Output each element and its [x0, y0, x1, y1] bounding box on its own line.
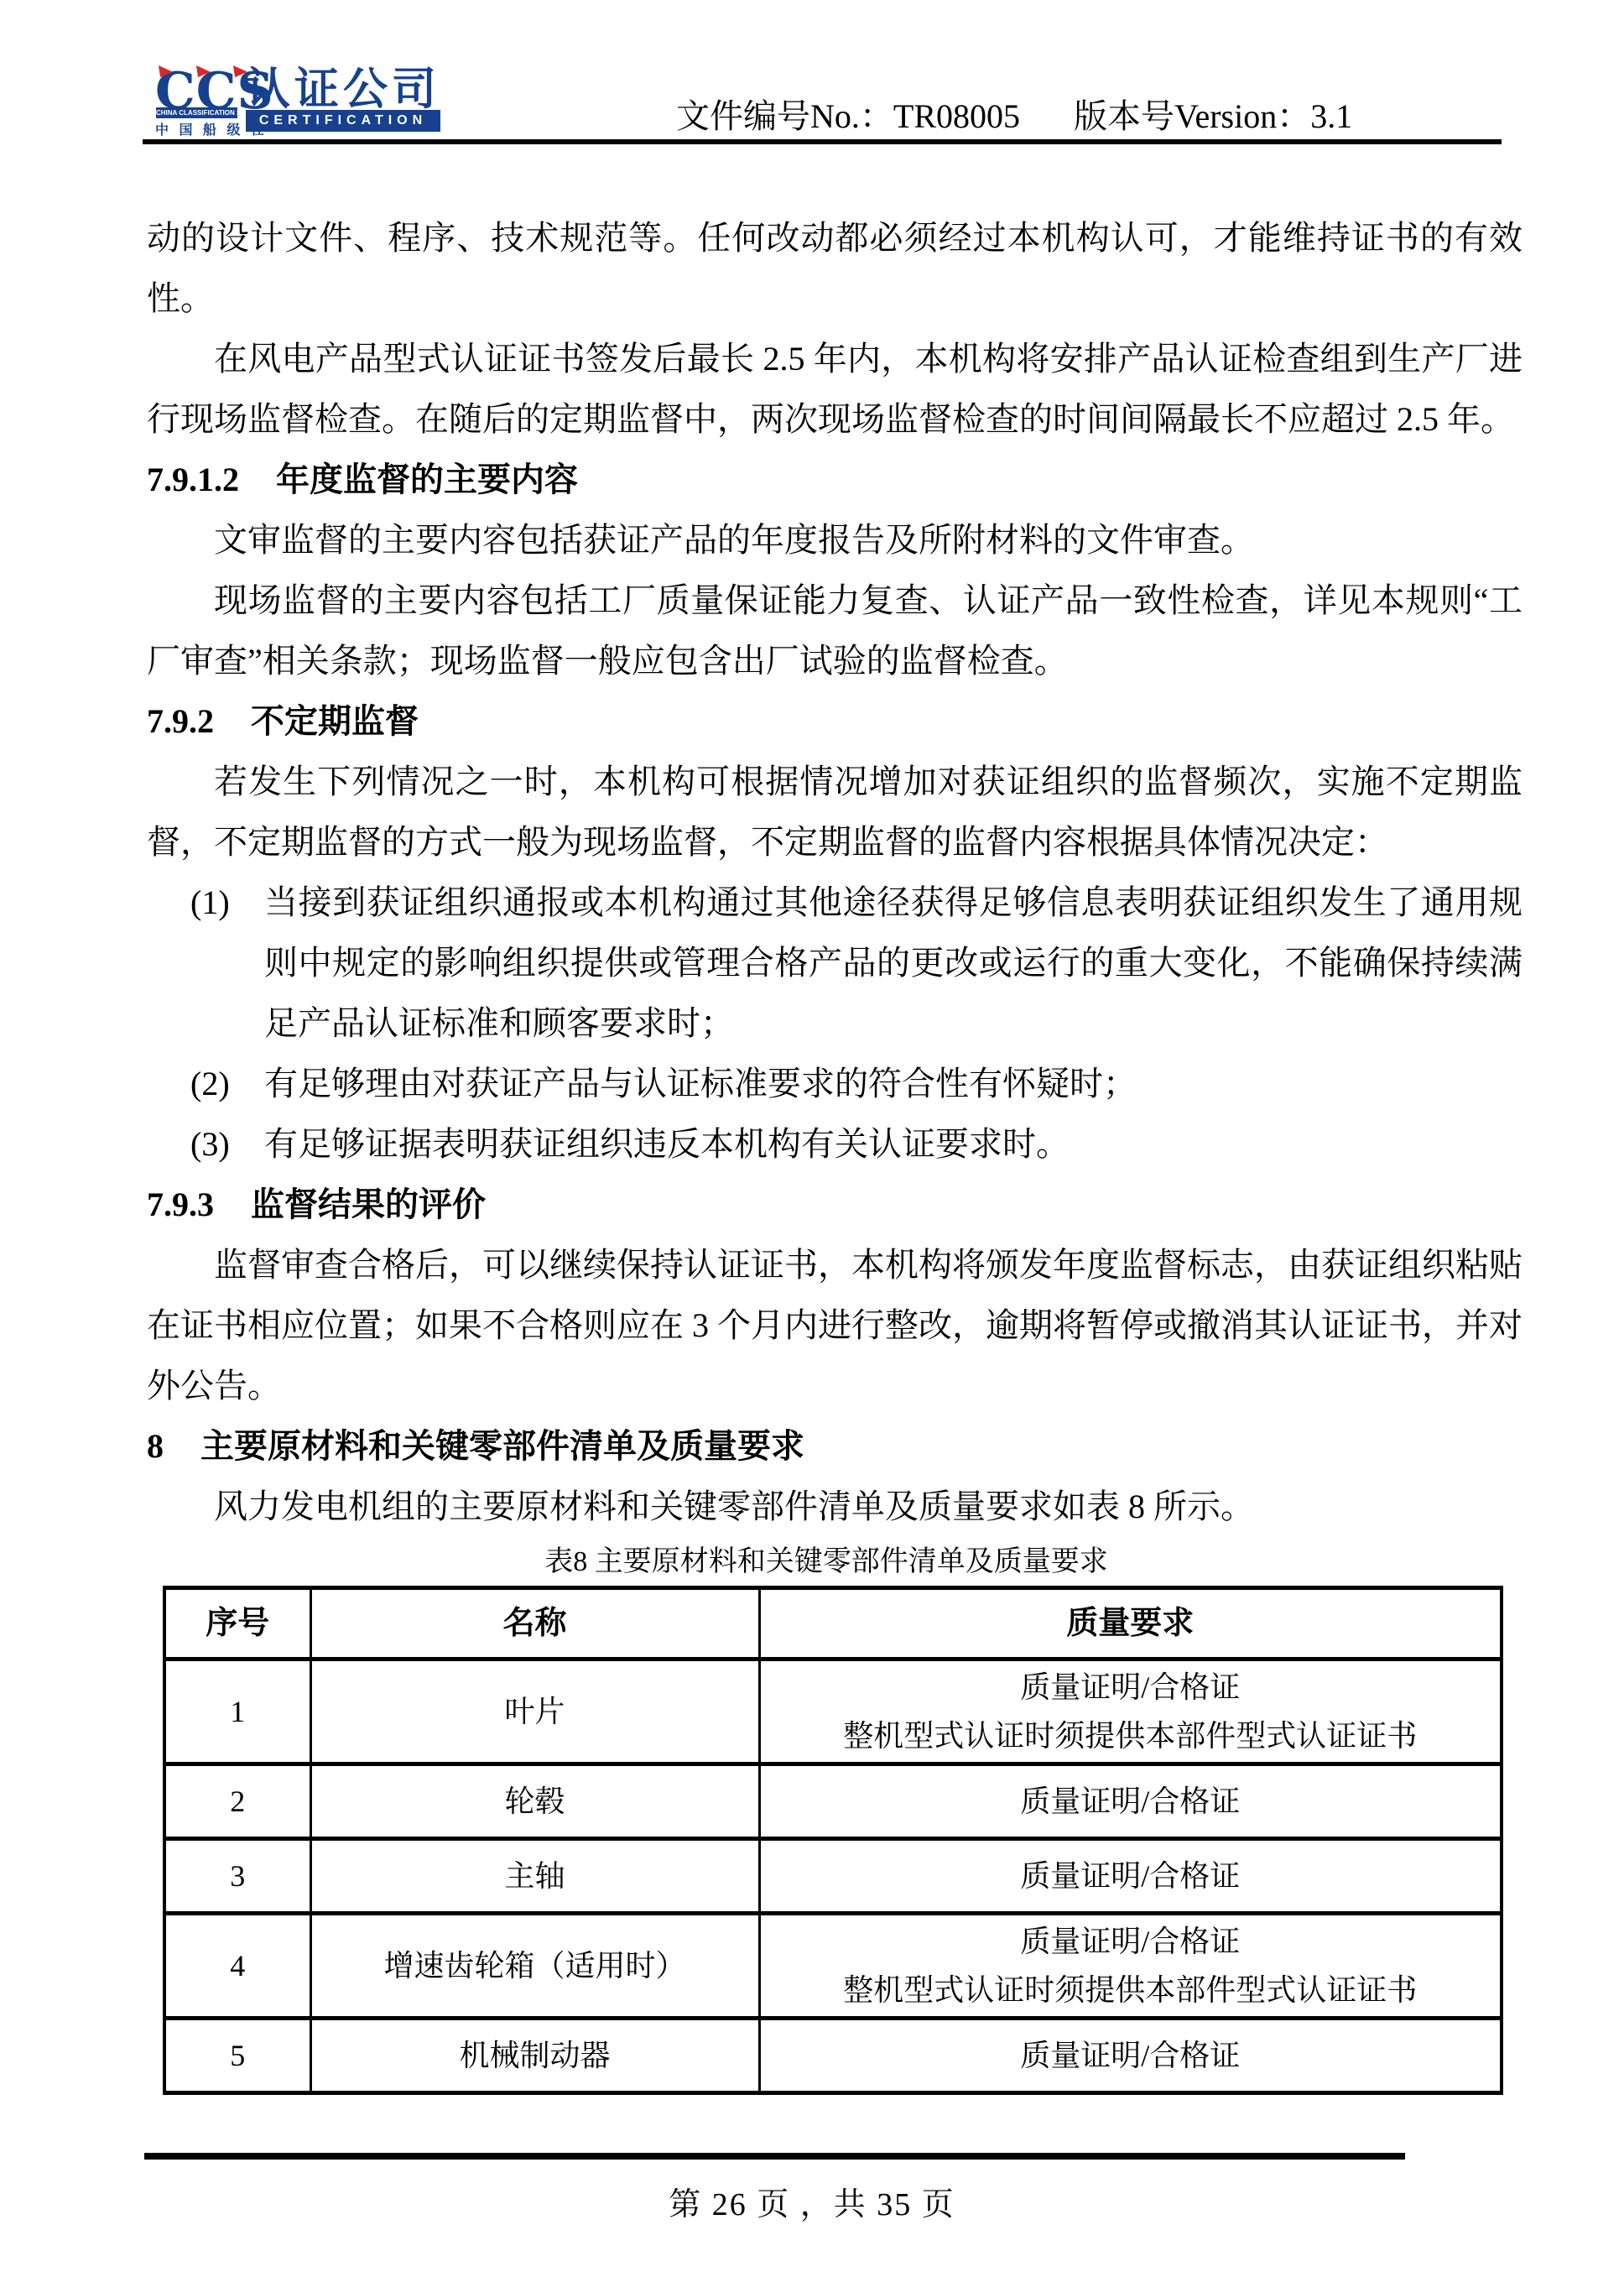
cell-name: 轮毂 [310, 1764, 759, 1839]
table-caption: 表8 主要原材料和关键零部件清单及质量要求 [147, 1542, 1506, 1582]
cell-requirement: 质量证明/合格证 整机型式认证时须提供本部件型式认证证书 [759, 1914, 1502, 2019]
table-row: 4 增速齿轮箱（适用时） 质量证明/合格证 整机型式认证时须提供本部件型式认证证… [164, 1914, 1502, 2019]
table-row: 5 机械制动器 质量证明/合格证 [164, 2019, 1502, 2093]
requirement-line: 整机型式认证时须提供本部件型式认证证书 [761, 1966, 1501, 2014]
cell-requirement: 质量证明/合格证 [759, 2019, 1502, 2093]
section-title: 监督结果的评价 [251, 1186, 486, 1223]
table-row: 3 主轴 质量证明/合格证 [164, 1839, 1502, 1914]
paragraph: 若发生下列情况之一时，本机构可根据情况增加对获证组织的监督频次，实施不定期监督，… [147, 752, 1522, 873]
paragraph: 监督审查合格后，可以继续保持认证证书，本机构将颁发年度监督标志，由获证组织粘贴在… [147, 1235, 1522, 1416]
chapter-title: 主要原材料和关键零部件清单及质量要求 [200, 1428, 804, 1465]
paragraph: 在风电产品型式认证证书签发后最长 2.5 年内，本机构将安排产品认证检查组到生产… [147, 329, 1522, 450]
list-marker: (1) [190, 873, 230, 933]
cell-name: 主轴 [310, 1839, 759, 1914]
requirement-line: 整机型式认证时须提供本部件型式认证证书 [761, 1712, 1501, 1760]
document-number: 文件编号No.：TR08005 [676, 97, 1020, 135]
list-text: 当接到获证组织通报或本机构通过其他途径获得足够信息表明获证组织发生了通用规则中规… [264, 883, 1522, 1042]
table-row: 1 叶片 质量证明/合格证 整机型式认证时须提供本部件型式认证证书 [164, 1660, 1502, 1764]
cell-no: 5 [164, 2019, 310, 2093]
section-title: 年度监督的主要内容 [276, 461, 578, 498]
page-number: 第 26 页 ，共 35 页 [0, 2178, 1624, 2224]
certification-banner-en: CERTIFICATION [246, 110, 440, 132]
col-header-no: 序号 [164, 1588, 310, 1660]
document-page: CCS CHINA CLASSIFICATION SOCIETY 中 国 船 级… [0, 0, 1624, 2277]
list-marker: (3) [190, 1114, 230, 1175]
list-item: (3)有足够证据表明获证组织违反本机构有关认证要求时。 [147, 1114, 1522, 1175]
cell-requirement: 质量证明/合格证 [759, 1839, 1502, 1914]
footer-rule [144, 2153, 1405, 2160]
cell-name: 叶片 [310, 1660, 759, 1764]
document-version: 版本号Version：3.1 [1074, 97, 1352, 135]
list-text: 有足够理由对获证产品与认证标准要求的符合性有怀疑时； [264, 1065, 1137, 1102]
section-number: 7.9.2 [147, 702, 214, 740]
list-item: (1)当接到获证组织通报或本机构通过其他途径获得足够信息表明获证组织发生了通用规… [147, 873, 1522, 1054]
section-heading: 7.9.2不定期监督 [147, 691, 1522, 752]
cell-no: 4 [164, 1914, 310, 2019]
section-number: 7.9.1.2 [147, 461, 239, 498]
col-header-name: 名称 [310, 1588, 759, 1660]
requirement-line: 质量证明/合格证 [761, 1917, 1501, 1966]
document-meta: 文件编号No.：TR08005版本号Version：3.1 [676, 97, 1431, 136]
table-header-row: 序号 名称 质量要求 [164, 1588, 1502, 1660]
chapter-heading: 8主要原材料和关键零部件清单及质量要求 [147, 1416, 1522, 1477]
cell-no: 3 [164, 1839, 310, 1914]
chapter-number: 8 [147, 1427, 164, 1465]
header-rule [143, 139, 1502, 144]
society-name-cn: 中 国 船 级 社 [155, 119, 239, 138]
cell-no: 2 [164, 1764, 310, 1839]
document-body: 动的设计文件、程序、技术规范等。任何改动都必须经过本机构认可，才能维持证书的有效… [147, 208, 1522, 2095]
section-number: 7.9.3 [147, 1185, 214, 1223]
section-heading: 7.9.3监督结果的评价 [147, 1175, 1522, 1235]
section-heading: 7.9.1.2年度监督的主要内容 [147, 450, 1522, 510]
cell-name: 机械制动器 [310, 2019, 759, 2093]
cell-name: 增速齿轮箱（适用时） [310, 1914, 759, 2019]
cell-requirement: 质量证明/合格证 [759, 1764, 1502, 1839]
list-item: (2)有足够理由对获证产品与认证标准要求的符合性有怀疑时； [147, 1054, 1522, 1114]
cell-requirement: 质量证明/合格证 整机型式认证时须提供本部件型式认证证书 [759, 1660, 1502, 1764]
list-text: 有足够证据表明获证组织违反本机构有关认证要求时。 [264, 1125, 1070, 1163]
list-marker: (2) [190, 1054, 230, 1114]
cell-no: 1 [164, 1660, 310, 1764]
paragraph: 现场监督的主要内容包括工厂质量保证能力复查、认证产品一致性检查，详见本规则“工厂… [147, 571, 1522, 691]
paragraph: 动的设计文件、程序、技术规范等。任何改动都必须经过本机构认可，才能维持证书的有效… [147, 208, 1522, 329]
section-title: 不定期监督 [251, 703, 419, 740]
quality-requirements-table: 序号 名称 质量要求 1 叶片 质量证明/合格证 整机型式认证时须提供本部件型式… [163, 1586, 1503, 2095]
society-banner-en: CHINA CLASSIFICATION SOCIETY [156, 107, 237, 118]
col-header-requirement: 质量要求 [759, 1588, 1502, 1660]
ccs-logo: CCS CHINA CLASSIFICATION SOCIETY 中 国 船 级… [155, 69, 457, 139]
table-row: 2 轮毂 质量证明/合格证 [164, 1764, 1502, 1839]
requirement-line: 质量证明/合格证 [761, 1663, 1501, 1712]
paragraph: 文审监督的主要内容包括获证产品的年度报告及所附材料的文件审查。 [147, 510, 1522, 571]
paragraph: 风力发电机组的主要原材料和关键零部件清单及质量要求如表 8 所示。 [147, 1477, 1522, 1537]
certification-company-cn: 认证公司 [246, 67, 440, 112]
